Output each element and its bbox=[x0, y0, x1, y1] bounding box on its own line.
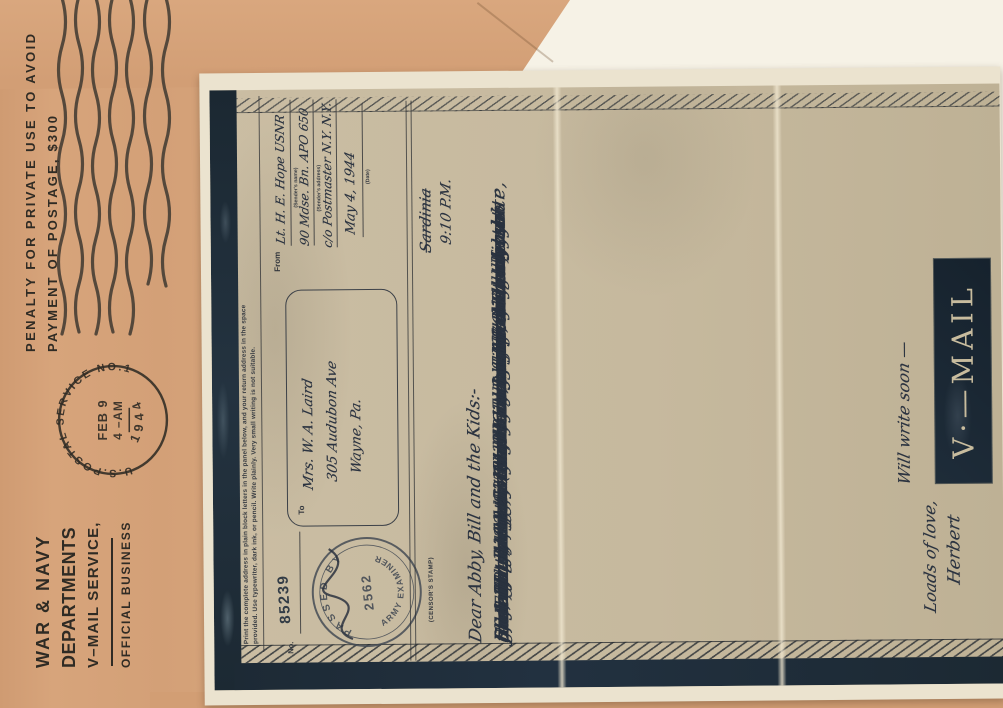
sender-address-2: c/o Postmaster N.Y. N.Y. bbox=[320, 101, 335, 249]
postmark-time: 4 –AM bbox=[112, 400, 125, 440]
sender-address2-underline bbox=[335, 99, 337, 247]
censor-examiner-number: 2562 bbox=[358, 573, 377, 611]
corner-card-line-2: DEPARTMENTS bbox=[56, 462, 82, 668]
date-underline bbox=[362, 103, 364, 237]
corner-card-line-1: WAR & NAVY bbox=[30, 462, 56, 668]
message-closing-2: Loads of love, bbox=[920, 498, 940, 614]
vmail-logo: V·—MAIL bbox=[933, 258, 993, 484]
serial-number-label: No. bbox=[286, 642, 295, 654]
vmail-letter-photostat: Print the complete address in plain bloc… bbox=[199, 67, 1003, 706]
date-caption: (Date) bbox=[365, 169, 371, 184]
message-salutation: Dear Abby, Bill and the Kids:- bbox=[464, 386, 486, 644]
scanned-vmail-document: PENALTY FOR PRIVATE USE TO AVOID PAYMENT… bbox=[0, 0, 1003, 708]
svg-text:ARMY EXAMINER: ARMY EXAMINER bbox=[371, 550, 410, 628]
postmark-date: FEB 9 bbox=[95, 399, 110, 440]
penalty-line-1: PENALTY FOR PRIVATE USE TO AVOID bbox=[20, 20, 42, 352]
recipient-name: Mrs. W. A. Laird bbox=[300, 377, 317, 491]
signature: Herbert bbox=[944, 513, 965, 586]
to-label: To bbox=[297, 505, 306, 514]
message-dateline-time: 9:10 P.M. bbox=[438, 177, 455, 246]
vmail-logo-text: V·—MAIL bbox=[945, 283, 981, 459]
message-closing-1: Will write soon — bbox=[894, 340, 914, 487]
corner-card-line-4: OFFICIAL BUSINESS bbox=[119, 462, 133, 668]
from-label: From bbox=[273, 252, 282, 272]
film-edge-top-band bbox=[209, 90, 241, 690]
sender-name: Lt. H. E. Hope USNR bbox=[273, 113, 288, 245]
recipient-street: 305 Audubon Ave bbox=[324, 359, 341, 483]
letter-date: May 4, 1944 bbox=[343, 150, 359, 235]
penalty-line-2: PAYMENT OF POSTAGE, $300 bbox=[42, 20, 64, 352]
vmail-form: Print the complete address in plain bloc… bbox=[209, 84, 1003, 691]
message-body: Mighty mighty nice hearing from you, rec… bbox=[486, 110, 491, 642]
fold-crease-2 bbox=[772, 85, 786, 685]
recipient-city: Wayne, Pa. bbox=[348, 397, 365, 475]
censor-stamp-bottom-text: ARMY EXAMINER bbox=[371, 550, 410, 628]
message-dateline-place: Sardinia bbox=[416, 187, 435, 255]
sender-address-1: 90 Mdse. Bn. APO 650 bbox=[297, 107, 312, 247]
header-rule bbox=[258, 96, 264, 652]
cancellation-wavy-lines-icon bbox=[52, 0, 192, 342]
return-address-block: WAR & NAVY DEPARTMENTS V–MAIL SERVICE, O… bbox=[30, 462, 166, 668]
hatched-border-right bbox=[236, 92, 999, 114]
corner-card-line-3: V–MAIL SERVICE, bbox=[82, 462, 106, 668]
serial-number-line bbox=[299, 532, 301, 634]
serial-number-value: 85239 bbox=[274, 574, 294, 624]
message-line: feel fine and the work is going O.K. bbox=[487, 281, 515, 644]
sender-name-underline bbox=[289, 100, 291, 246]
corner-card-divider bbox=[111, 538, 113, 666]
sender-address-underline bbox=[312, 100, 314, 246]
censor-stamp-icon: PASSED BY ARMY EXAMINER 2562 bbox=[301, 527, 432, 658]
penalty-notice: PENALTY FOR PRIVATE USE TO AVOID PAYMENT… bbox=[20, 20, 68, 352]
censor-stamp-caption: (CENSOR'S STAMP) bbox=[428, 520, 435, 658]
fold-crease-1 bbox=[552, 87, 566, 687]
